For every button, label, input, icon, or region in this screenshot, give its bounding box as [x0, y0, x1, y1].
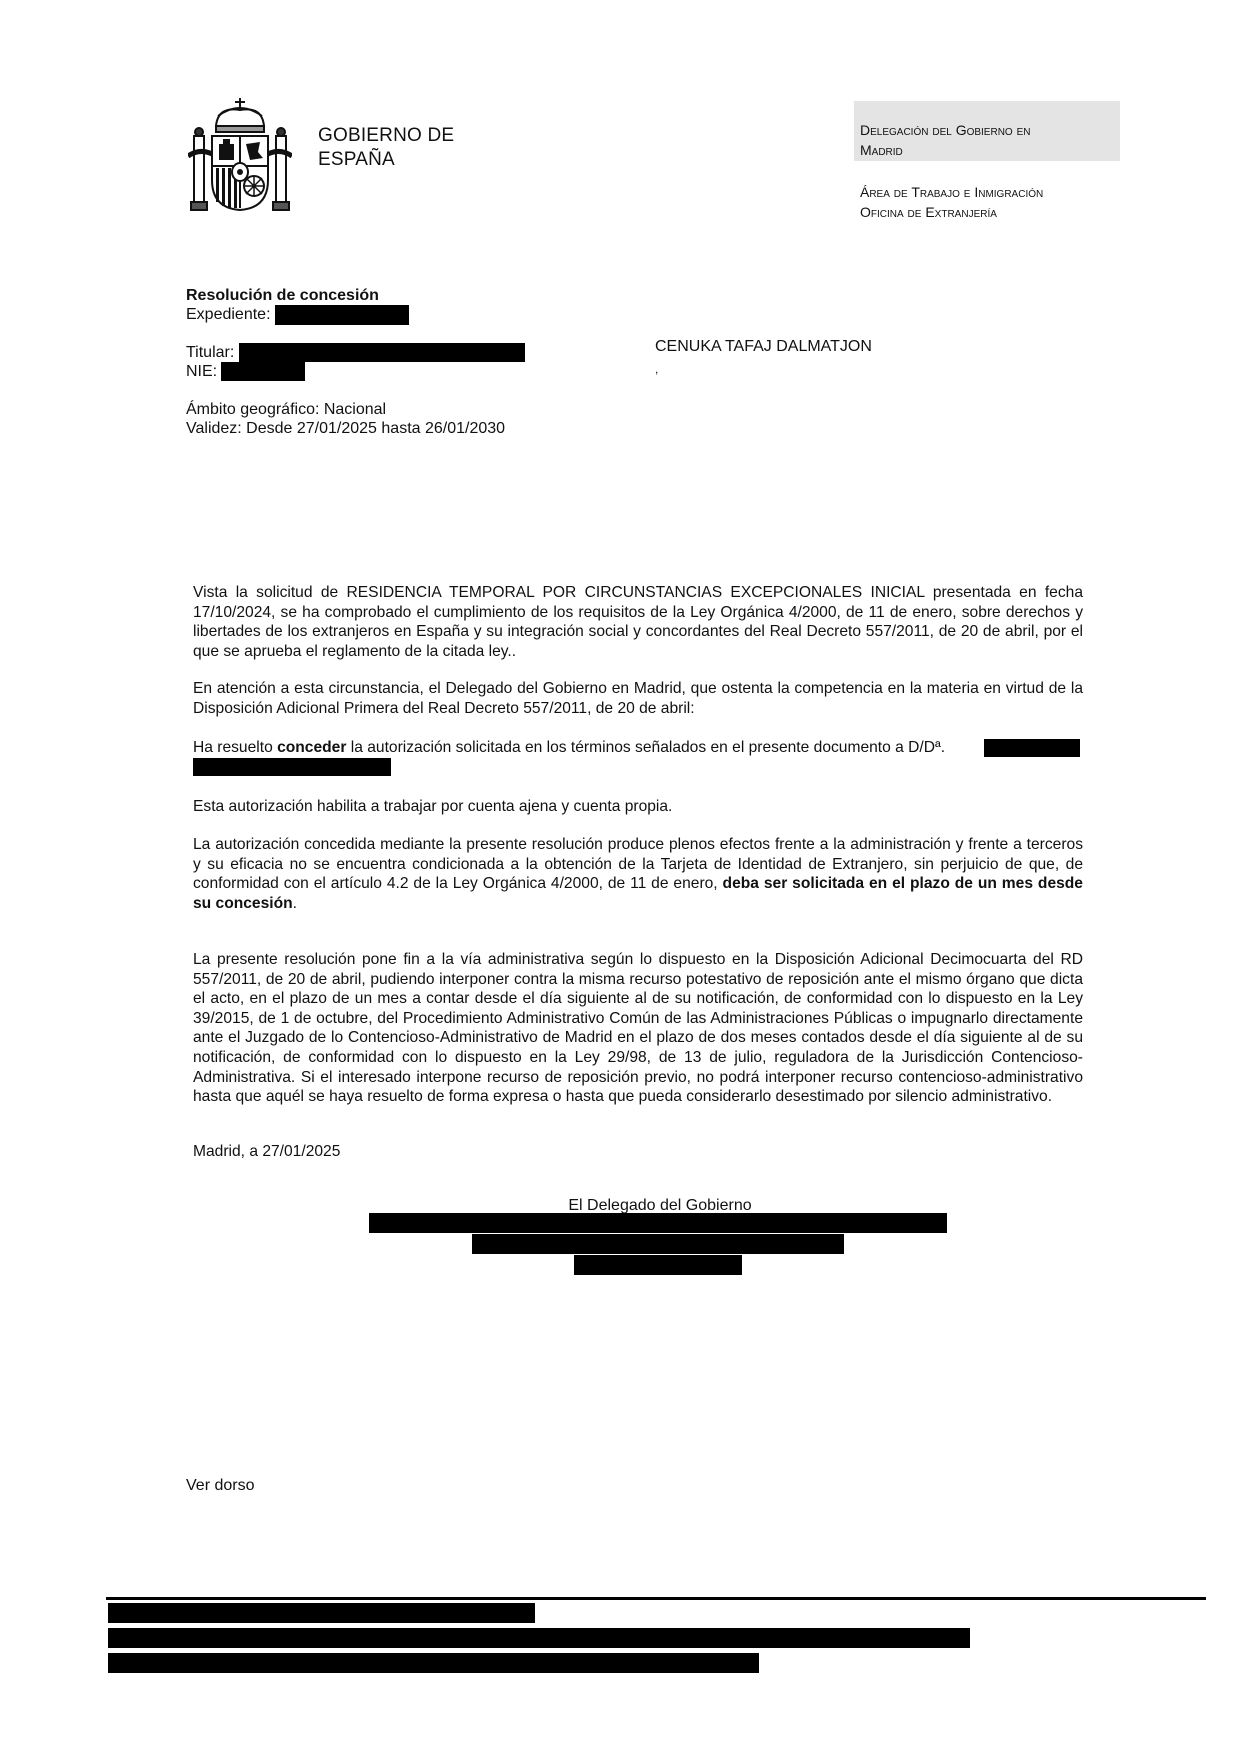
redacted-footer-line-2	[108, 1628, 970, 1648]
ambito: Ámbito geográfico: Nacional	[186, 400, 386, 419]
nie-label: NIE:	[186, 362, 217, 381]
titular-address: ,	[655, 362, 658, 376]
spain-coat-of-arms-icon	[188, 96, 292, 214]
paragraph-atencion: En atención a esta circunstancia, el Del…	[193, 679, 1083, 718]
area-line-2: Oficina de Extranjería	[860, 202, 1043, 222]
titular-label: Titular:	[186, 343, 234, 362]
paragraph-resolucion: Ha resuelto conceder la autorización sol…	[193, 738, 1083, 758]
redacted-name-part-2	[193, 758, 391, 776]
redacted-footer-line-3	[108, 1653, 759, 1673]
titular-name: CENUKA TAFAJ DALMATJON	[655, 338, 872, 356]
validez: Validez: Desde 27/01/2025 hasta 26/01/20…	[186, 419, 505, 438]
redacted-nie	[221, 362, 305, 381]
ver-dorso: Ver dorso	[186, 1476, 254, 1495]
government-title: GOBIERNO DE ESPAÑA	[318, 124, 454, 172]
redacted-signer-line-1	[369, 1213, 947, 1233]
redacted-signer-line-3	[574, 1255, 742, 1275]
paragraph-solicitud: Vista la solicitud de RESIDENCIA TEMPORA…	[193, 583, 1083, 661]
document-type: Resolución de concesión	[186, 286, 379, 305]
area-heading: Área de Trabajo e Inmigración Oficina de…	[860, 182, 1043, 222]
expediente-label: Expediente:	[186, 305, 271, 324]
redacted-expediente	[275, 305, 409, 325]
redacted-titular	[239, 343, 525, 362]
place-date: Madrid, a 27/01/2025	[193, 1142, 1083, 1162]
delegation-line-1: Delegación del Gobierno en	[860, 120, 1030, 140]
paragraph-habilita: Esta autorización habilita a trabajar po…	[193, 797, 1083, 817]
redacted-name-part-1	[984, 739, 1080, 757]
paragraph-efectos: La autorización concedida mediante la pr…	[193, 835, 1083, 913]
gov-line-1: GOBIERNO DE	[318, 124, 454, 148]
delegation-line-2: Madrid	[860, 140, 1030, 160]
gov-line-2: ESPAÑA	[318, 148, 454, 172]
redacted-signer-line-2	[472, 1234, 844, 1254]
redacted-footer-line-1	[108, 1603, 535, 1623]
paragraph-recursos: La presente resolución pone fin a la vía…	[193, 950, 1083, 1107]
delegation-heading: Delegación del Gobierno en Madrid	[860, 120, 1030, 160]
area-line-1: Área de Trabajo e Inmigración	[860, 182, 1043, 202]
footer-divider	[106, 1597, 1206, 1600]
